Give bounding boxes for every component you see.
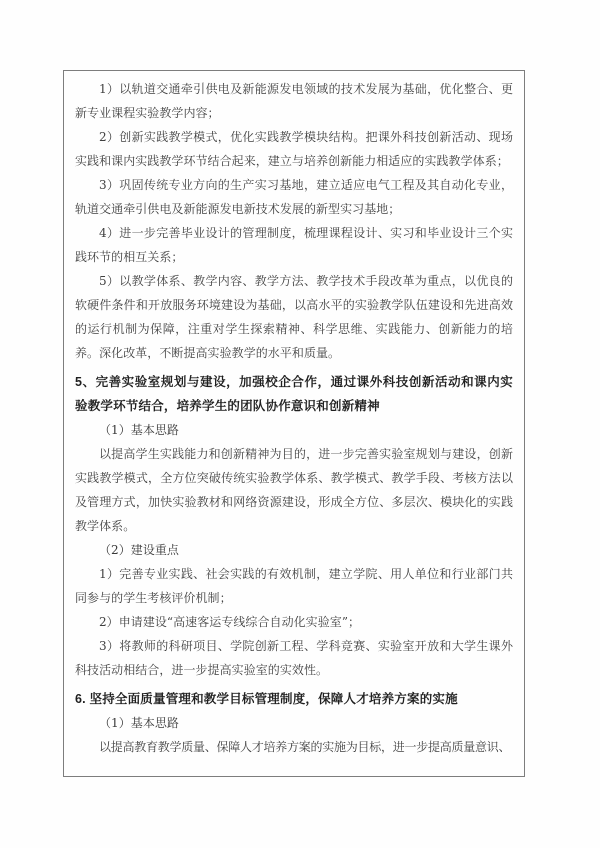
table-cell: 1）以轨道交通牵引供电及新能源发电领域的技术发展为基础，优化整合、更新专业课程实… [63,70,525,777]
numbered-item-paragraph: 2）创新实践教学模式，优化实践教学模块结构。把课外科技创新活动、现场实践和课内实… [75,125,513,173]
numbered-item-paragraph: 1）以轨道交通牵引供电及新能源发电领域的技术发展为基础，优化整合、更新专业课程实… [75,77,513,125]
body-paragraph: 以提高教育教学质量、保障人才培养方案的实施为目标，进一步提高质量意识、 [75,735,513,759]
subsection-heading: （1）基本思路 [75,711,513,735]
numbered-item-paragraph: 4）进一步完善毕业设计的管理制度，梳理课程设计、实习和毕业设计三个实践环节的相互… [75,221,513,269]
section-heading: 5、完善实验室规划与建设，加强校企合作，通过课外科技创新活动和课内实验教学环节结… [75,370,513,418]
numbered-item-paragraph: 3）巩固传统专业方向的生产实习基地，建立适应电气工程及其自动化专业，轨道交通牵引… [75,173,513,221]
numbered-item-paragraph: 2）申请建设“高速客运专线综合自动化实验室”； [75,610,513,634]
subsection-heading: （2）建设重点 [75,538,513,562]
body-paragraph: 以提高学生实践能力和创新精神为目的，进一步完善实验室规划与建设，创新实践教学模式… [75,442,513,538]
numbered-item-paragraph: 5）以教学体系、教学内容、教学方法、教学技术手段改革为重点，以优良的软硬件条件和… [75,269,513,365]
numbered-item-paragraph: 1）完善专业实践、社会实践的有效机制，建立学院、用人单位和行业部门共同参与的学生… [75,562,513,610]
section-heading: 6. 坚持全面质量管理和教学目标管理制度，保障人才培养方案的实施 [75,687,513,711]
document-page: 1）以轨道交通牵引供电及新能源发电领域的技术发展为基础，优化整合、更新专业课程实… [0,0,600,848]
numbered-item-paragraph: 3）将教师的科研项目、学院创新工程、学科竞赛、实验室开放和大学生课外科技活动相结… [75,634,513,682]
document-text-blocks: 1）以轨道交通牵引供电及新能源发电领域的技术发展为基础，优化整合、更新专业课程实… [75,77,513,759]
subsection-heading: （1）基本思路 [75,418,513,442]
